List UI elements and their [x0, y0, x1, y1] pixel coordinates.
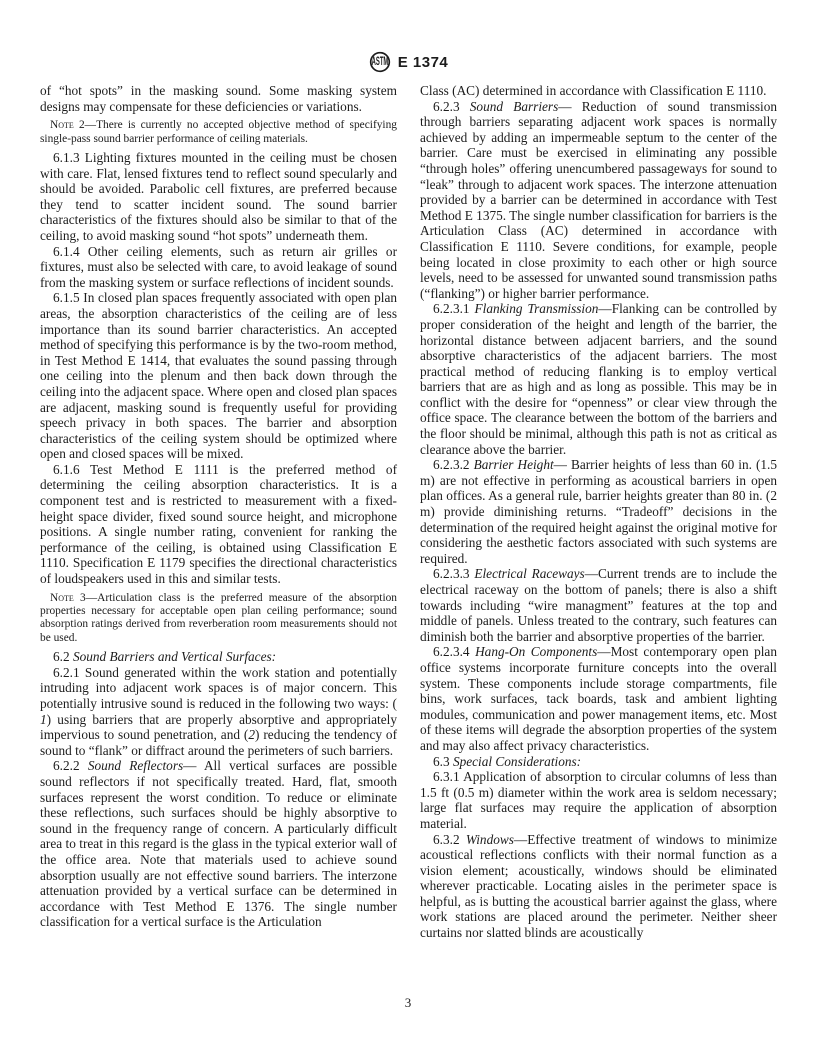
heading-6-3: 6.3 Special Considerations: — [420, 754, 777, 770]
note-3: Note 3—Articulation class is the preferr… — [40, 592, 397, 646]
para-6-2-2: 6.2.2 Sound Reflectors— All vertical sur… — [40, 758, 397, 930]
para-6-2-3-2: 6.2.3.2 Barrier Height— Barrier heights … — [420, 457, 777, 566]
para-6-1-3: 6.1.3 Lighting fixtures mounted in the c… — [40, 150, 397, 244]
para-6-3-2: 6.3.2 Windows—Effective treatment of win… — [420, 832, 777, 941]
astm-logo-icon: ASTM — [369, 51, 391, 73]
svg-text:ASTM: ASTM — [371, 55, 388, 69]
page-number: 3 — [405, 995, 412, 1010]
doc-number: E 1374 — [398, 54, 449, 71]
para-6-3-1: 6.3.1 Application of absorption to circu… — [420, 769, 777, 831]
left-column: of “hot spots” in the masking sound. Som… — [40, 83, 397, 941]
document-page: ASTM E 1374 of “hot spots” in the maskin… — [0, 0, 816, 1056]
para-continuation: of “hot spots” in the masking sound. Som… — [40, 83, 397, 114]
para-6-2-3: 6.2.3 Sound Barriers— Reduction of sound… — [420, 99, 777, 302]
page-header: ASTM E 1374 — [40, 50, 777, 74]
page-footer: 3 — [0, 995, 816, 1011]
para-6-1-5: 6.1.5 In closed plan spaces frequently a… — [40, 290, 397, 462]
right-column: Class (AC) determined in accordance with… — [420, 83, 777, 941]
para-continuation: Class (AC) determined in accordance with… — [420, 83, 777, 99]
heading-6-2: 6.2 Sound Barriers and Vertical Surfaces… — [40, 649, 397, 665]
note-2: Note 2—There is currently no accepted ob… — [40, 119, 397, 146]
para-6-2-3-1: 6.2.3.1 Flanking Transmission—Flanking c… — [420, 301, 777, 457]
document-body: of “hot spots” in the masking sound. Som… — [40, 83, 777, 941]
para-6-2-3-4: 6.2.3.4 Hang-On Components—Most contempo… — [420, 644, 777, 753]
para-6-2-3-3: 6.2.3.3 Electrical Raceways—Current tren… — [420, 566, 777, 644]
para-6-2-1: 6.2.1 Sound generated within the work st… — [40, 665, 397, 759]
para-6-1-4: 6.1.4 Other ceiling elements, such as re… — [40, 244, 397, 291]
para-6-1-6: 6.1.6 Test Method E 1111 is the preferre… — [40, 462, 397, 587]
